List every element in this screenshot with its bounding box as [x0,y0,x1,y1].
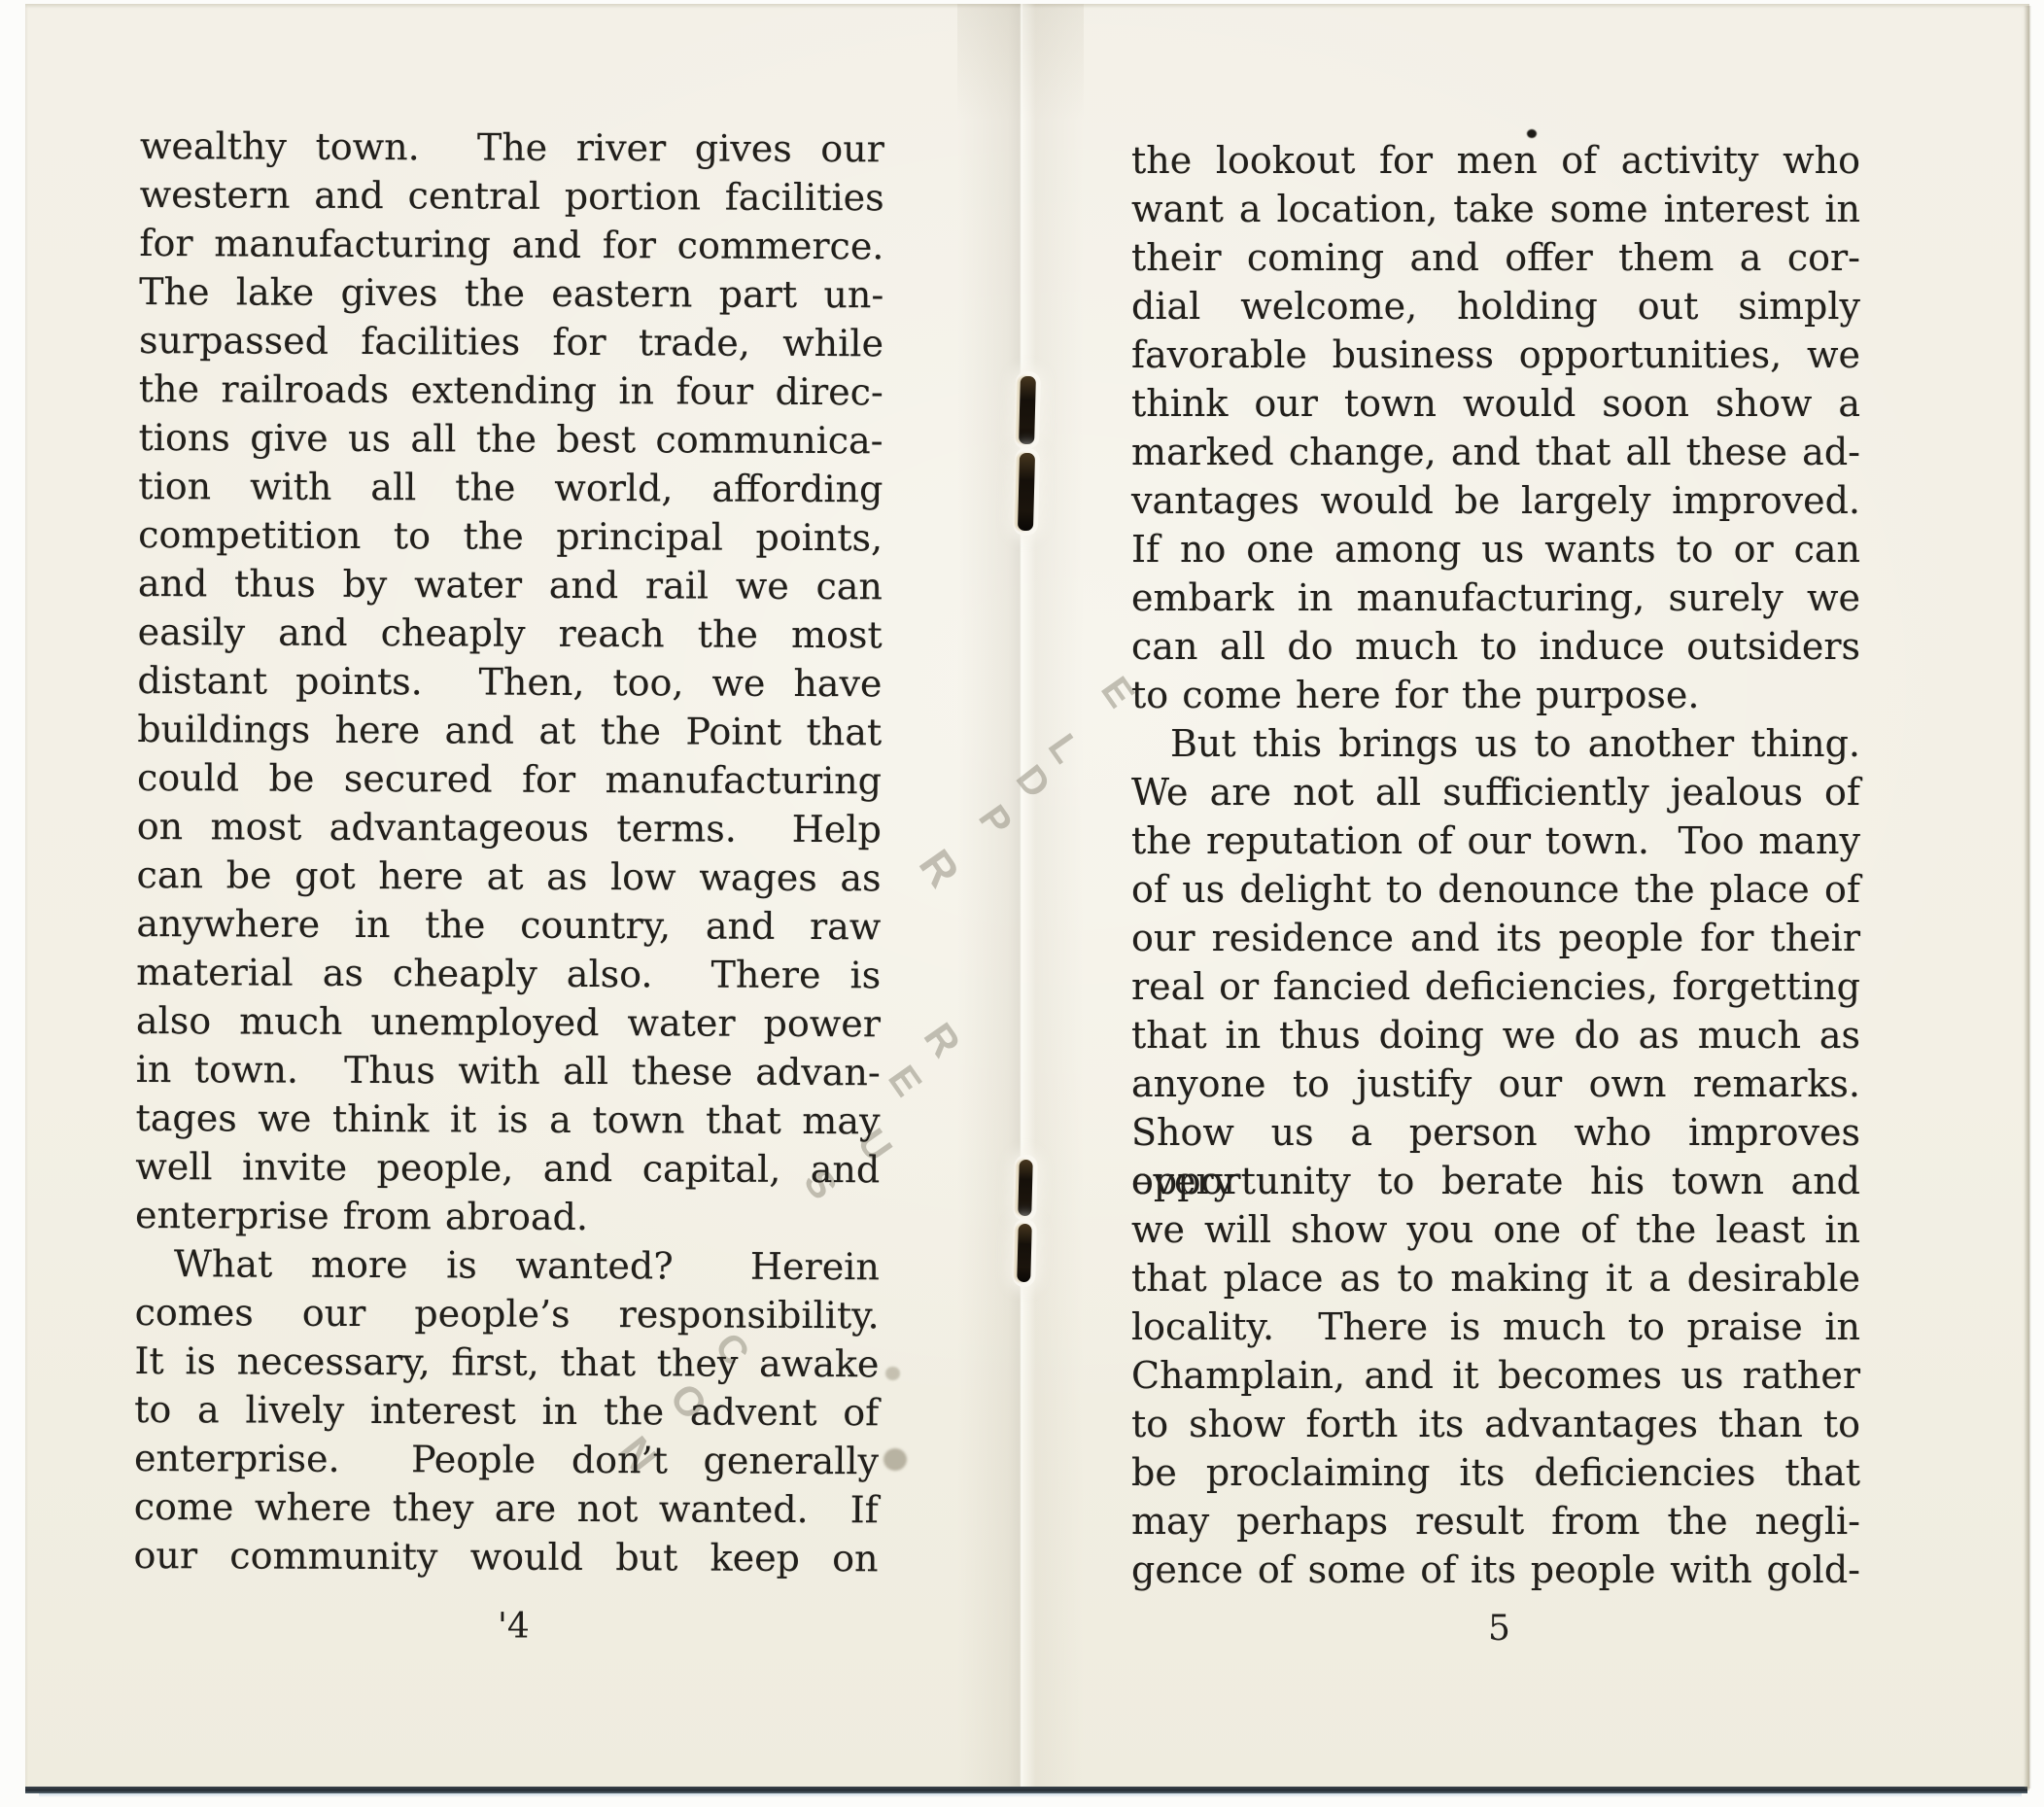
staple-top-lower-leg [1018,453,1035,531]
text-line: Show us a person who improves every [1131,1108,1860,1157]
text-line: locality. There is much to praise in [1131,1303,1860,1351]
text-line: opportunity to berate his town and [1131,1157,1860,1205]
text-line: also much unemployed water power [136,996,881,1048]
text-line: comes our people’s responsibility. [135,1288,880,1339]
text-line: competition to the principal points, [138,510,883,562]
text-line: enterprise from abroad. [135,1191,880,1242]
text-line: dial welcome, holding out simply [1131,282,1860,330]
text-line: on most advantageous terms. Help [137,802,882,853]
text-line: their coming and offer them a cor- [1131,233,1860,282]
text-line: wealthy town. The river gives our [140,122,884,173]
paper-right-edge [2024,6,2031,1789]
text-line: real or fancied deficiencies, forgetting [1131,962,1860,1011]
text-line: We are not all sufficiently jealous of [1131,768,1860,817]
text-line: tages we think it is a town that may [135,1094,880,1145]
text-line: anyone to justify our own remarks. [1131,1060,1860,1108]
staple-top-upper-leg [1019,376,1036,444]
text-line: our community would but keep on [133,1531,878,1582]
text-line: to come here for the purpose. [1131,671,1860,719]
text-line: to a lively interest in the advent of [134,1385,879,1437]
text-line: could be secured for manufacturing [137,753,882,805]
text-line: can all do much to induce outsiders [1131,622,1860,671]
text-line: well invite people, and capital, and [135,1142,880,1194]
text-line: our residence and its people for their [1131,914,1860,962]
right-page-text-column: the lookout for men of activity whowant … [1131,136,1860,1594]
text-line: If no one among us wants to or can [1131,525,1860,573]
text-line: buildings here and at the Point that [137,705,882,756]
text-line: distant points. Then, too, we have [137,656,882,708]
paper-bottom-reflection [39,1793,2022,1797]
text-line: think our town would soon show a [1131,379,1860,428]
center-fold-crease [1021,4,1022,1789]
text-line: But this brings us to another thing. [1131,719,1860,768]
paper-stain-large [883,1448,907,1471]
text-line: material as cheaply also. There is [136,948,881,999]
staple-bottom-upper-leg [1018,1160,1033,1216]
text-line: It is necessary, first, that they awake [134,1337,879,1388]
text-line: want a location, take some interest in [1131,185,1860,233]
text-line: the railroads extending in four direc- [139,365,883,416]
text-line: to show forth its advantages than to [1131,1400,1860,1448]
text-line: marked change, and that all these ad- [1131,428,1860,476]
left-page-number: '4 [498,1608,530,1647]
text-line: Champlain, and it becomes us rather [1131,1351,1860,1400]
text-line: anywhere in the country, and raw [136,899,881,951]
text-line: vantages would be largely improved. [1131,476,1860,525]
text-line: that in thus doing we do as much as [1131,1011,1860,1060]
text-line: be proclaiming its deficiencies that [1131,1448,1860,1497]
text-line: The lake gives the eastern part un- [139,267,883,319]
text-line: tions give us all the best communica- [138,413,883,465]
left-page-text-column: wealthy town. The river gives ourwestern… [133,122,884,1582]
ink-speck [1527,129,1537,138]
text-line: we will show you one of the least in [1131,1205,1860,1254]
text-line: embark in manufacturing, surely we [1131,573,1860,622]
staple-bottom-lower-leg [1017,1224,1032,1282]
text-line: tion with all the world, affording [138,462,883,513]
text-line: come where they are not wanted. If [134,1482,879,1534]
text-line: for manufacturing and for commerce. [139,219,883,270]
paper-stain-small [885,1367,900,1380]
text-line: gence of some of its people with gold- [1131,1546,1860,1594]
text-line: of us delight to denounce the place of [1131,865,1860,914]
text-line: favorable business opportunities, we [1131,330,1860,379]
text-line: the lookout for men of activity who [1131,136,1860,185]
text-line: can be got here at as low wages as [137,851,882,902]
text-line: may perhaps result from the negli- [1131,1497,1860,1546]
text-line: western and central portion facilities [140,170,884,222]
text-line: easily and cheaply reach the most [138,608,883,659]
right-page-number: 5 [1488,1610,1510,1649]
text-line: in town. Thus with all these advan- [136,1045,881,1096]
text-line: and thus by water and rail we can [138,559,883,610]
paper-bottom-edge [25,1787,2027,1793]
text-line: What more is wanted? Herein [135,1239,880,1291]
text-line: the reputation of our town. Too many [1131,817,1860,865]
text-line: enterprise. People don’t generally [134,1434,879,1485]
text-line: surpassed facilities for trade, while [139,316,883,367]
text-line: that place as to making it a desirable [1131,1254,1860,1303]
scanned-book-spread: ELDPRREUSCON wealthy town. The river giv… [0,0,2044,1807]
